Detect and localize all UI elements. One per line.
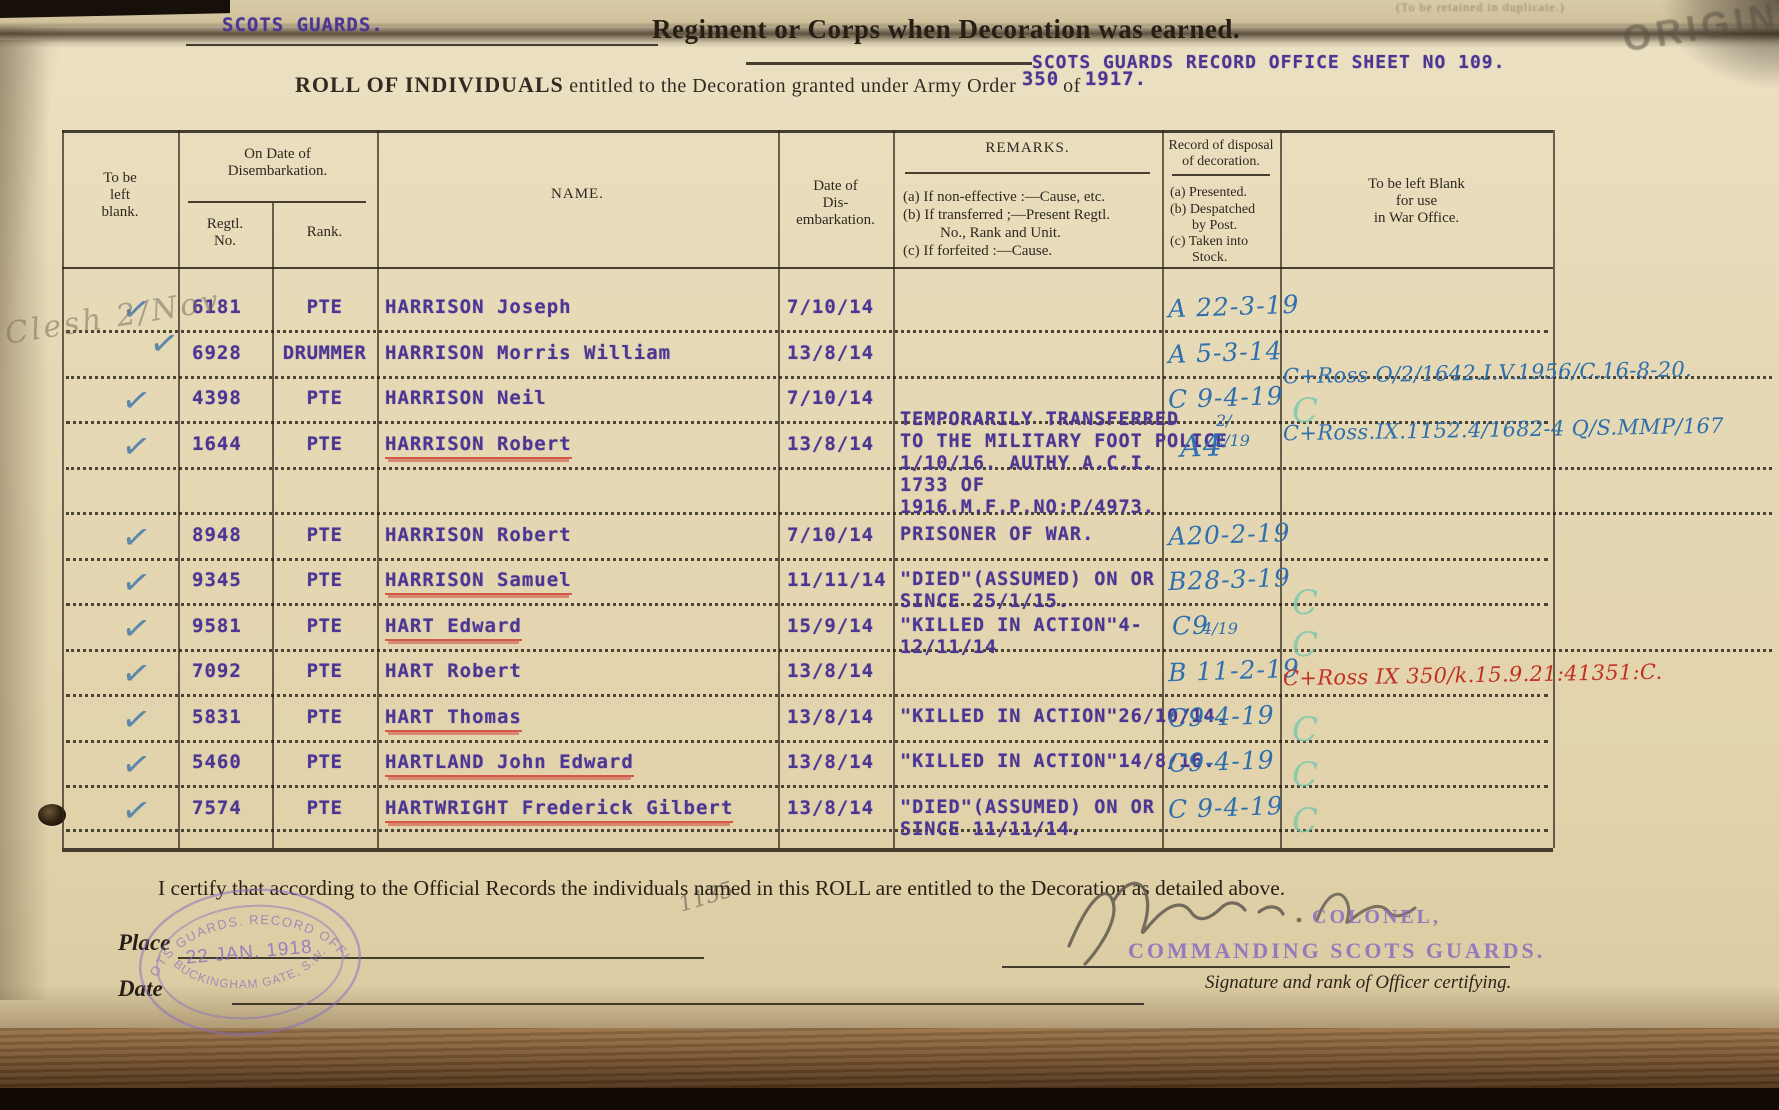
- roll-line: ROLL OF INDIVIDUALS entitled to the Deco…: [295, 72, 1147, 98]
- disposal-entry: C9-4-19: [1168, 745, 1276, 778]
- disposal-entry: C9-4-19: [1168, 700, 1276, 733]
- check-tick: ✓: [119, 516, 154, 560]
- rank: PTE: [272, 433, 377, 455]
- corner-fragment-text: (To be retained in duplicate.): [1396, 0, 1565, 15]
- check-tick: ✓: [119, 425, 154, 469]
- regtl-no: 5831: [192, 706, 242, 728]
- teal-check-letter: C: [1292, 710, 1318, 750]
- rank: PTE: [272, 615, 377, 637]
- roll-text: ROLL OF INDIVIDUALS entitled to the Deco…: [295, 75, 1022, 97]
- disembark-date: 13/8/14: [787, 706, 874, 728]
- remarks-item-b: (b) If transferred ;—Present Regtl.: [903, 206, 1110, 224]
- disembark-date: 13/8/14: [787, 660, 874, 682]
- table-row: ✓ 6181 PTE HARRISON Joseph 7/10/14 A 22-…: [0, 296, 1779, 342]
- name: HARRISON Robert: [385, 524, 572, 546]
- disembark-date: 13/8/14: [787, 342, 874, 364]
- disposal-underline: [1172, 174, 1270, 176]
- remarks-item-a: (a) If non-effective :—Cause, etc.: [903, 188, 1105, 206]
- regtl-no: 6928: [192, 342, 242, 364]
- disembark-date: 13/8/14: [787, 797, 874, 819]
- margin-annotation: C+Ross O/2/1642.I.V.1956/C.16-8-20.: [1283, 356, 1779, 389]
- disembark-date: 7/10/14: [787, 296, 874, 318]
- table-row: ✓ 9345 PTE HARRISON Samuel 11/11/14 "DIE…: [0, 569, 1779, 615]
- teal-check-letter: C: [1292, 755, 1318, 795]
- disembark-date: 13/8/14: [787, 751, 874, 773]
- regtl-no: 7574: [192, 797, 242, 819]
- colhead-remarks-title: REMARKS.: [893, 140, 1162, 157]
- name: HART Edward: [385, 615, 522, 641]
- name: HART Robert: [385, 660, 522, 682]
- colhead-date: Date of Dis- embarkation.: [778, 178, 893, 229]
- rank: PTE: [272, 387, 377, 409]
- disposal-entry: A 5-3-14: [1168, 336, 1283, 369]
- name: HARRISON Samuel: [385, 569, 572, 595]
- regtl-no: 1644: [192, 433, 242, 455]
- remarks-item-b2: No., Rank and Unit.: [940, 224, 1061, 242]
- check-tick: ✓: [119, 652, 154, 696]
- regtl-no: 5460: [192, 751, 242, 773]
- disposal-item-c2: Stock.: [1192, 249, 1227, 267]
- regtl-no: 9345: [192, 569, 242, 591]
- disembark-group-underline: [188, 201, 366, 203]
- colhead-blank: To be left blank.: [62, 170, 178, 221]
- table-top-line: [62, 130, 1553, 133]
- table-row: ✓ 7574 PTE HARTWRIGHT Frederick Gilbert …: [0, 797, 1779, 843]
- table-headersep-line: [62, 267, 1553, 269]
- disposal-fraction: 4/19: [1202, 619, 1238, 638]
- army-order-year: 1917.: [1085, 68, 1147, 90]
- table-row: ✓ 8948 PTE HARRISON Robert 7/10/14 PRISO…: [0, 524, 1779, 570]
- table-row: ✓ 5831 PTE HART Thomas 13/8/14 "KILLED I…: [0, 706, 1779, 752]
- rank: PTE: [272, 569, 377, 591]
- table-row: ✓ 6928 DRUMMER HARRISON Morris William 1…: [0, 342, 1779, 388]
- regtl-no: 4398: [192, 387, 242, 409]
- rank: PTE: [272, 797, 377, 819]
- disembark-date: 7/10/14: [787, 524, 874, 546]
- regtl-no: 7092: [192, 660, 242, 682]
- table-row: ✓ 9581 PTE HART Edward 15/9/14 "KILLED I…: [0, 615, 1779, 661]
- disposal-entry: A 22-3-19: [1168, 290, 1300, 324]
- check-tick: ✓: [119, 379, 154, 423]
- left-edge-shadow: [0, 40, 50, 1000]
- table-bottom-line: [62, 848, 1553, 852]
- disembark-date: 15/9/14: [787, 615, 874, 637]
- colhead-disembark-group: On Date of Disembarkation.: [178, 146, 377, 180]
- regtl-no: 8948: [192, 524, 242, 546]
- name: HARTWRIGHT Frederick Gilbert: [385, 797, 733, 823]
- oval-stamp-svg: SCOTS GUARDS. RECORD OFFICE BUCKINGHAM G…: [126, 868, 375, 1056]
- disposal-entry: C 9-4-19: [1168, 791, 1285, 824]
- regtl-no: 9581: [192, 615, 242, 637]
- remarks-underline: [905, 172, 1150, 174]
- disposal-entry: B28-3-19: [1168, 563, 1292, 596]
- page-title: Regiment or Corps when Decoration was ea…: [652, 14, 1240, 45]
- disembark-date: 11/11/14: [787, 569, 887, 591]
- colhead-name: NAME.: [377, 186, 778, 203]
- disposal-entry: B 11-2-19: [1168, 654, 1301, 688]
- unit-underline: [186, 44, 658, 46]
- rank: PTE: [272, 660, 377, 682]
- title-underline: [746, 62, 1032, 65]
- margin-annotation: C+Ross IX 350/k.15.9.21:41351:C.: [1283, 658, 1779, 691]
- signature-caption: Signature and rank of Officer certifying…: [1205, 972, 1511, 994]
- disembark-date: 7/10/14: [787, 387, 874, 409]
- colonel-stamp: COLONEL,: [1312, 906, 1441, 929]
- check-tick: ✓: [119, 561, 154, 605]
- svg-text:22 JAN. 1918: 22 JAN. 1918: [185, 937, 313, 969]
- disposal-fraction: 2/19: [1214, 431, 1250, 450]
- of-word: of: [1063, 75, 1081, 97]
- disposal-item-a: (a) Presented.: [1170, 184, 1247, 202]
- record-office-oval-stamp: SCOTS GUARDS. RECORD OFFICE BUCKINGHAM G…: [126, 868, 375, 1056]
- name: HARRISON Joseph: [385, 296, 572, 318]
- army-order-number: 350: [1022, 68, 1059, 90]
- rank: PTE: [272, 524, 377, 546]
- colhead-waroffice: To be left Blank for use in War Office.: [1280, 176, 1553, 227]
- wood-dark-strip: [0, 1088, 1779, 1110]
- check-tick: ✓: [119, 607, 154, 651]
- remarks-item-c: (c) If forfeited :—Cause.: [903, 242, 1052, 260]
- colhead-regtl-no: Regtl. No.: [178, 216, 272, 250]
- rank: PTE: [272, 751, 377, 773]
- colhead-disposal-title: Record of disposal of decoration.: [1162, 138, 1280, 170]
- name: HART Thomas: [385, 706, 522, 732]
- table-row: ✓ 7092 PTE HART Robert 13/8/14 B 11-2-19…: [0, 660, 1779, 706]
- check-tick: ✓: [119, 743, 154, 787]
- rank: PTE: [272, 706, 377, 728]
- disposal-entry: A20-2-19: [1168, 518, 1291, 551]
- check-tick: ✓: [119, 698, 154, 742]
- signature-line: [1002, 966, 1510, 968]
- table-row: ✓ 1644 PTE HARRISON Robert 13/8/14 TEMPO…: [0, 433, 1779, 479]
- disembark-date: 13/8/14: [787, 433, 874, 455]
- document-scan: (To be retained in duplicate.) ORIGINAL …: [0, 0, 1779, 1110]
- commanding-stamp: COMMANDING SCOTS GUARDS.: [1128, 938, 1545, 964]
- name: HARTLAND John Edward: [385, 751, 634, 777]
- teal-check-letter: C: [1292, 801, 1318, 841]
- name: HARRISON Morris William: [385, 342, 671, 364]
- name: HARRISON Neil: [385, 387, 547, 409]
- rank: DRUMMER: [272, 342, 377, 364]
- colhead-rank: Rank.: [272, 224, 377, 241]
- unit-stamp: SCOTS GUARDS.: [222, 14, 384, 36]
- check-tick: ✓: [119, 789, 154, 833]
- name: HARRISON Robert: [385, 433, 572, 459]
- table-row: ✓ 5460 PTE HARTLAND John Edward 13/8/14 …: [0, 751, 1779, 797]
- rank: PTE: [272, 296, 377, 318]
